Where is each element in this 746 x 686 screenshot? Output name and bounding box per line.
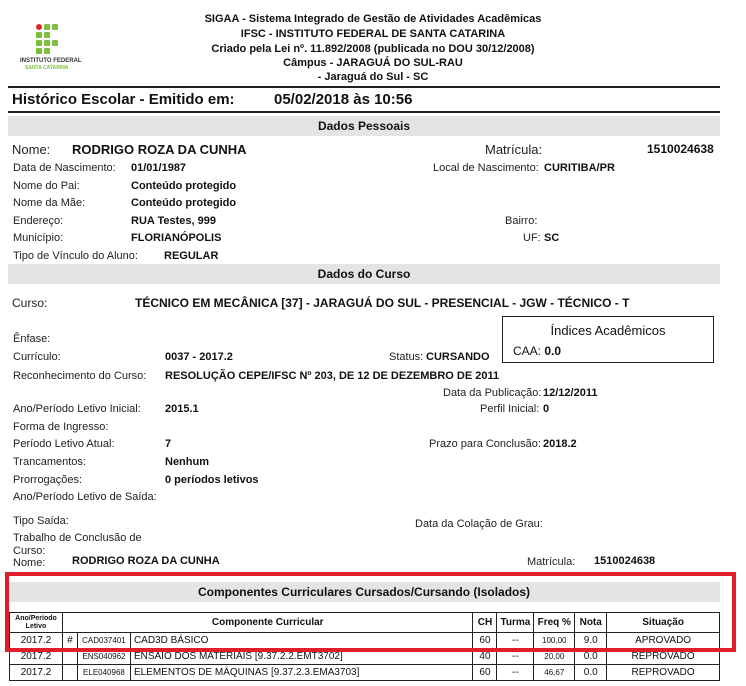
header-system-name: SIGAA - Sistema Integrado de Gestão de A… [0,13,746,25]
table-row: 2017.2 ELE040968 ELEMENTOS DE MÁQUINAS [… [10,665,720,681]
status-value: CURSANDO [426,351,490,363]
publicacao-label: Data da Publicação: [443,387,541,399]
cell-situacao: APROVADO [607,633,720,649]
enfase-label: Ênfase: [13,333,50,345]
header-campus: Câmpus - JARAGUÁ DO SUL-RAU [0,57,746,69]
prorrogacoes-value: 0 períodos letivos [165,474,259,486]
cell-mark [62,649,77,665]
col-periodo: Ano/Período Letivo [10,613,63,633]
cell-situacao: REPROVADO [607,649,720,665]
caa-label: CAA: [513,344,541,358]
cell-mark: # [62,633,77,649]
col-turma: Turma [497,613,534,633]
endereco-value: RUA Testes, 999 [131,215,216,227]
vinculo-value: REGULAR [164,250,218,262]
header-city: - Jaraguá do Sul - SC [0,71,746,83]
publicacao-value: 12/12/2011 [543,387,597,399]
componentes-table: Ano/Período Letivo Componente Curricular… [9,612,720,681]
municipio-label: Município: [13,232,63,244]
inicial-value: 2015.1 [165,403,199,415]
curriculo-value: 0037 - 2017.2 [165,351,233,363]
cell-periodo: 2017.2 [10,633,63,649]
cell-codigo: CAD037401 [77,633,130,649]
section-componentes: Componentes Curriculares Cursados/Cursan… [8,582,720,602]
nascimento-value: 01/01/1987 [131,162,186,174]
bairro-label: Bairro: [505,215,537,227]
tcc-nome-label: Nome: [13,557,45,569]
cell-periodo: 2017.2 [10,665,63,681]
saida-label: Ano/Período Letivo de Saída: [13,491,157,503]
trancamentos-value: Nenhum [165,456,209,468]
nascimento-label: Data de Nascimento: [13,162,116,174]
table-header-row: Ano/Período Letivo Componente Curricular… [10,613,720,633]
mae-label: Nome da Mãe: [13,197,85,209]
inicial-label: Ano/Período Letivo Inicial: [13,403,141,415]
cell-nota: 9.0 [575,633,607,649]
trancamentos-label: Trancamentos: [13,456,86,468]
pai-value: Conteúdo protegido [131,180,236,192]
tcc-matricula-label: Matrícula: [527,556,575,568]
section-dados-curso: Dados do Curso [8,264,720,284]
tcc-nome-value: RODRIGO ROZA DA CUNHA [72,555,220,567]
cell-nota: 0.0 [575,665,607,681]
periodo-atual-label: Período Letivo Atual: [13,438,115,450]
endereco-label: Endereço: [13,215,63,227]
matricula-value: 1510024638 [647,142,714,156]
uf-label: UF: [523,232,541,244]
divider [8,86,720,88]
cell-situacao: REPROVADO [607,665,720,681]
prazo-value: 2018.2 [543,438,577,450]
table-row: 2017.2 # CAD037401 CAD3D BÁSICO 60 -- 10… [10,633,720,649]
indices-academicos-box: Índices Acadêmicos CAA: 0.0 [502,316,714,363]
col-componente: Componente Curricular [62,613,473,633]
status-label: Status: [389,351,423,363]
caa-value: 0.0 [544,344,561,358]
cell-nome: CAD3D BÁSICO [130,633,473,649]
ingresso-label: Forma de Ingresso: [13,421,108,433]
table-row: 2017.2 ENS040962 ENSAIO DOS MATERIAIS [9… [10,649,720,665]
header-institution: IFSC - INSTITUTO FEDERAL DE SANTA CATARI… [0,28,746,40]
cell-freq: 100,00 [534,633,575,649]
cell-nome: ENSAIO DOS MATERIAIS [9.37.2.2.EMT3702] [130,649,473,665]
cell-codigo: ENS040962 [77,649,130,665]
perfil-label: Perfil Inicial: [480,403,539,415]
cell-ch: 60 [473,633,497,649]
cell-mark [62,665,77,681]
cell-turma: -- [497,649,534,665]
section-dados-pessoais: Dados Pessoais [8,116,720,136]
nome-value: RODRIGO ROZA DA CUNHA [72,142,247,157]
indices-title: Índices Acadêmicos [503,323,713,338]
tcc-matricula-value: 1510024638 [594,555,655,567]
periodo-atual-value: 7 [165,438,171,450]
reconhecimento-label: Reconhecimento do Curso: [13,370,146,382]
col-situacao: Situação [607,613,720,633]
cell-turma: -- [497,665,534,681]
cell-nome: ELEMENTOS DE MÁQUINAS [9.37.2.3.EMA3703] [130,665,473,681]
cell-periodo: 2017.2 [10,649,63,665]
matricula-label: Matrícula: [485,142,542,157]
pai-label: Nome do Pai: [13,180,80,192]
col-freq: Freq % [534,613,575,633]
vinculo-label: Tipo de Vínculo do Aluno: [13,250,138,262]
cell-ch: 60 [473,665,497,681]
caa-row: CAA: 0.0 [513,344,561,358]
cell-freq: 20,00 [534,649,575,665]
col-nota: Nota [575,613,607,633]
prorrogacoes-label: Prorrogações: [13,474,82,486]
cell-freq: 46,67 [534,665,575,681]
cell-nota: 0.0 [575,649,607,665]
nome-label: Nome: [12,142,50,157]
cell-turma: -- [497,633,534,649]
cell-codigo: ELE040968 [77,665,130,681]
curso-label: Curso: [12,296,47,310]
curriculo-label: Currículo: [13,351,61,363]
local-nascimento-value: CURITIBA/PR [544,162,615,174]
uf-value: SC [544,232,559,244]
curso-value: TÉCNICO EM MECÂNICA [37] - JARAGUÁ DO SU… [135,296,629,310]
tipo-saida-label: Tipo Saída: [13,515,69,527]
mae-value: Conteúdo protegido [131,197,236,209]
colacao-label: Data da Colação de Grau: [415,518,543,530]
issue-datetime: 05/02/2018 às 10:56 [274,91,412,108]
cell-ch: 40 [473,649,497,665]
municipio-value: FLORIANÓPOLIS [131,232,221,244]
divider [8,111,720,113]
col-ch: CH [473,613,497,633]
local-nascimento-label: Local de Nascimento: [433,162,539,174]
header-law: Criado pela Lei nº. 11.892/2008 (publica… [0,43,746,55]
prazo-label: Prazo para Conclusão: [429,438,541,450]
reconhecimento-value: RESOLUÇÃO CEPE/IFSC Nº 203, DE 12 DE DEZ… [165,370,499,382]
perfil-value: 0 [543,403,549,415]
page-title: Histórico Escolar - Emitido em: [12,91,235,108]
